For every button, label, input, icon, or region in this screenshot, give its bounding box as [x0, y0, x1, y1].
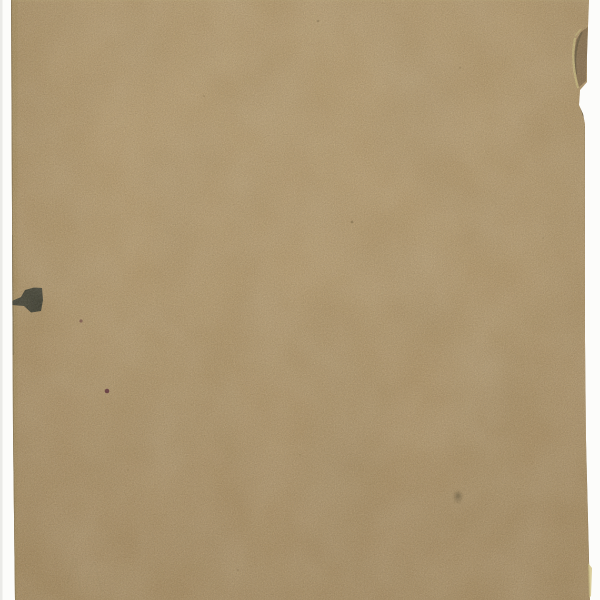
scanner-bed [0, 0, 600, 600]
grain-light-texture [11, 0, 590, 600]
cardboard-scan-svg [0, 0, 600, 600]
scanner-edge-shadow [0, 0, 3, 600]
